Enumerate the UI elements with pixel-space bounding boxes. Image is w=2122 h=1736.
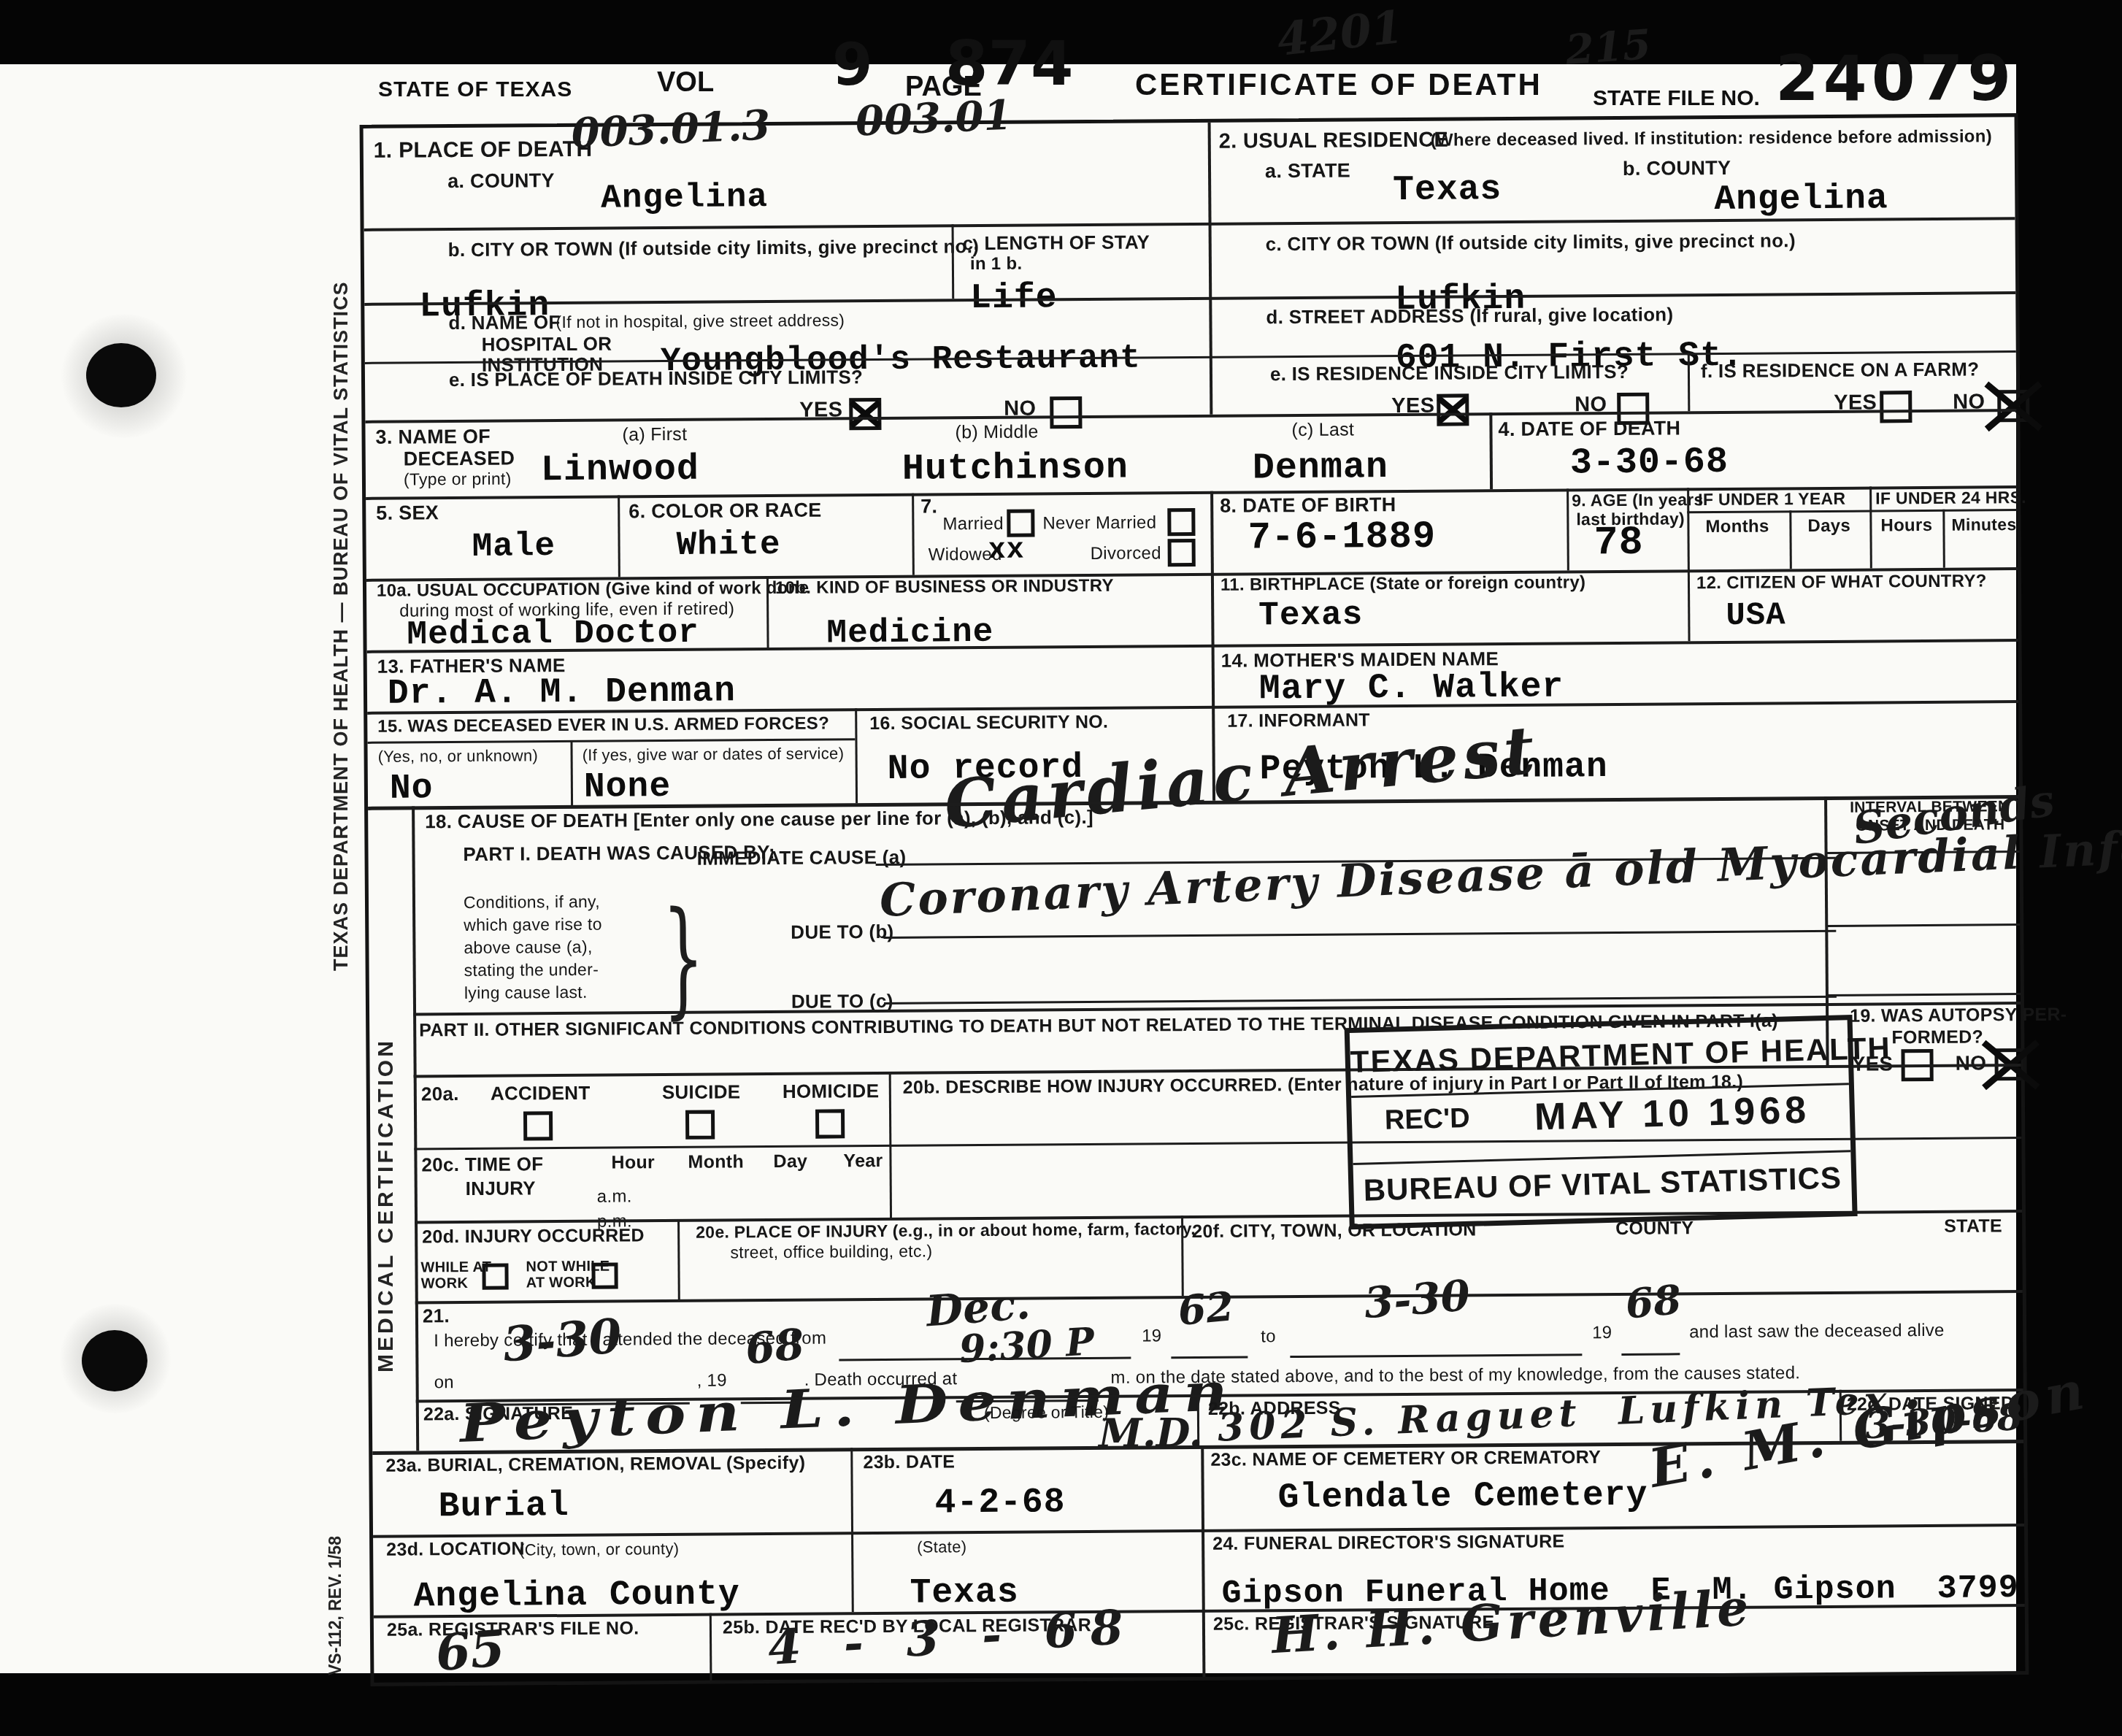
immediate-cause-label: IMMEDIATE CAUSE (a) [696,846,906,870]
grid-line [1840,1390,1842,1441]
grid-line [618,495,620,577]
last-seen-date-handwritten: 3-30 [501,1308,623,1372]
injury-state-label: STATE [1944,1215,2002,1237]
degree-or-title-label: (Degree or Title) [984,1402,1109,1423]
grid-line [1789,510,1792,569]
vol-number: 9 [832,31,873,99]
not-while-at-work-checkbox [591,1263,618,1289]
grid-line [1566,488,1569,570]
stamp-date: MAY 10 1968 [1534,1088,1811,1140]
suicide-label: SUICIDE [662,1080,741,1104]
registrar-file-no-handwritten: 65 [434,1619,507,1683]
death-city-limits-no-checkbox [1050,396,1082,429]
state-file-number: 24079 [1775,42,2015,115]
grid-line [855,708,858,803]
type-or-print-label: (Type or print) [404,469,512,490]
residence-county-label: b. COUNTY [1623,157,1731,180]
business-industry-label: 10b. KIND OF BUSINESS OR INDUSTRY [775,576,1114,599]
grid-line [677,1219,680,1299]
married-checkbox [1007,510,1034,537]
burial-location-county-value: Angelina County [413,1575,739,1616]
age-label: 9. AGE (In years [1572,490,1704,510]
grid-line [1208,123,1213,415]
residence-state-value: Texas [1393,170,1502,210]
if-under-24-hrs-label: IF UNDER 24 HRS. [1875,488,2026,508]
certificate-title: CERTIFICATE OF DEATH [1135,67,1542,102]
never-married-checkbox [1167,508,1195,536]
grid-line [1171,1356,1248,1359]
usual-residence-label: 2. USUAL RESIDENCE [1219,128,1448,154]
residence-city-limits-label: e. IS RESIDENCE INSIDE CITY LIMITS? [1270,361,1629,385]
margin-department-text: TEXAS DEPARTMENT OF HEALTH — BUREAU OF V… [330,329,353,971]
armed-forces-value: No [390,769,434,808]
occupation-label: 10a. USUAL OCCUPATION (Give kind of work… [377,578,809,602]
armed-forces-war-value: None [584,767,672,807]
death-time-handwritten: 9:30 P [958,1319,1095,1372]
grid-line [883,930,1836,939]
cemetery-value: Glendale Cemetery [1278,1476,1648,1518]
burial-location-sub2: (State) [917,1537,966,1556]
grid-line [1688,353,1691,411]
homicide-label: HOMICIDE [783,1080,880,1103]
time-of-injury-label: 20c. TIME OF [421,1153,543,1176]
grid-line [850,1448,853,1532]
divorced-checkbox [1168,539,1196,566]
death-city-limits-label: e. IS PLACE OF DEATH INSIDE CITY LIMITS? [449,366,863,391]
grid-line [367,738,855,744]
sex-label: 5. SEX [376,502,439,525]
sex-value: Male [472,527,556,566]
accident-checkbox [523,1111,553,1140]
grid-line [1869,487,1872,569]
residence-farm-label: f. IS RESIDENCE ON A FARM? [1701,358,1980,383]
hours-label: Hours [1880,515,1932,536]
state-of-texas-label: STATE OF TEXAS [378,77,572,102]
month-label: Month [688,1151,744,1173]
length-of-stay-sublabel: in 1 b. [970,254,1023,274]
middle-name-value: Hutchinson [902,448,1129,491]
days-label: Days [1807,516,1850,537]
never-married-label: Never Married [1042,512,1156,534]
funeral-director-label: 24. FUNERAL DIRECTOR'S SIGNATURE [1212,1531,1564,1554]
grid-line [1197,1394,1199,1445]
grid-line [741,1402,796,1405]
place-of-death-label: 1. PLACE OF DEATH [374,137,593,164]
usual-residence-paren: (Where deceased lived. If institution: r… [1431,126,1992,150]
from-year-handwritten: 62 [1176,1282,1236,1334]
hour-label: Hour [611,1152,655,1173]
last-name-value: Denman [1253,447,1388,489]
grid-line [1290,1353,1582,1358]
color-or-race-label: 6. COLOR OR RACE [628,499,822,523]
grid-line [1489,412,1493,489]
punch-hole-bottom [82,1330,147,1391]
grid-line [710,1613,712,1681]
grid-line [364,291,2015,306]
margin-form-number: VS-112, REV. 1/58 [326,1518,345,1675]
punch-hole-top [86,343,156,407]
death-certificate-scan: TEXAS DEPARTMENT OF HEALTH — BUREAU OF V… [0,0,2122,1736]
middle-name-label: (b) Middle [955,421,1038,443]
residence-farm-yes-checkbox [1880,391,1912,423]
grid-line [1828,993,2021,996]
last-seen-year-handwritten: 68 [743,1319,807,1374]
divorced-label: Divorced [1091,543,1161,564]
suicide-checkbox [685,1110,715,1140]
certify-to-label: to [1261,1326,1276,1347]
certify-on-label: on [434,1372,453,1393]
while-at-work-label-2: WORK [421,1275,469,1292]
conditions-line-2: which gave rise to [464,915,602,935]
conditions-brace: } [662,886,705,1032]
conditions-line-3: above cause (a), [464,937,592,958]
minutes-label: Minutes [1951,515,2016,535]
death-city-limits-yes-checkbox [849,398,881,430]
fathers-name-value: Dr. A. M. Denman [388,672,736,713]
date-of-death-label: 4. DATE OF DEATH [1498,417,1680,441]
grid-line [912,493,915,575]
stamp-department-line: TEXAS DEPARTMENT OF HEALTH [1350,1032,1848,1080]
burial-date-value: 4-2-68 [935,1483,1066,1523]
grid-line [373,1524,2024,1538]
institution-label: d. NAME OF [448,311,560,334]
widowed-mark: xx [988,534,1024,567]
citizen-value: USA [1726,597,1786,634]
homicide-checkbox [815,1109,845,1138]
attended-to-handwritten: 3-30 [1362,1270,1472,1328]
ssn-label: 16. SOCIAL SECURITY NO. [869,712,1108,734]
burial-location-label: 23d. LOCATION [386,1538,525,1560]
stamp-recd-label: REC'D [1384,1103,1470,1137]
certify-text-tail-1: and last saw the deceased alive [1689,1321,1945,1343]
burial-label: 23a. BURIAL, CREMATION, REMOVAL (Specify… [385,1453,805,1477]
marital-status-label: 7. [920,495,937,518]
residence-city-label: c. CITY OR TOWN (If outside city limits,… [1266,229,1796,256]
date-of-birth-value: 7-6-1889 [1248,515,1436,560]
registrar-file-no-label: 25a. REGISTRAR'S FILE NO. [387,1618,639,1640]
grid-line [412,806,419,1451]
conditions-line-1: Conditions, if any, [464,892,600,913]
burial-location-sub1: (City, town, or county) [519,1540,679,1560]
birthplace-label: 11. BIRTHPLACE (State or foreign country… [1220,572,1586,595]
length-of-stay-label: c. LENGTH OF STAY [963,231,1150,255]
citizen-label: 12. CITIZEN OF WHAT COUNTRY? [1696,571,1987,594]
date-of-death-value: 3-30-68 [1570,442,1729,485]
conditions-line-5: lying cause last. [464,983,588,1003]
first-name-label: (a) First [622,424,687,446]
death-county-value: Angelina [601,178,768,218]
cemetery-label: 23c. NAME OF CEMETERY OR CREMATORY [1210,1447,1601,1471]
conditions-line-4: stating the under- [464,960,599,980]
accident-section-number: 20a. [421,1083,459,1105]
name-of-deceased-label: 3. NAME OF [375,426,491,449]
place-of-injury-label: 20e. PLACE OF INJURY (e.g., in or about … [696,1219,1196,1243]
first-name-value: Linwood [541,449,699,492]
handwritten-code-2: 215 [1564,20,1653,74]
months-label: Months [1705,516,1769,537]
grid-line [570,740,573,805]
death-city-label: b. CITY OR TOWN (If outside city limits,… [448,235,980,261]
residence-city-limits-yes-checkbox [1437,393,1469,426]
burial-date-label: 23b. DATE [863,1451,955,1473]
armed-forces-sub2: (If yes, give war or dates of service) [583,744,845,765]
grid-line [1687,509,2017,513]
am-label: a.m. [597,1186,632,1207]
age-value: 78 [1594,520,1643,566]
year-prefix-2: 19 [1592,1323,1612,1343]
while-at-work-label: WHILE AT [420,1259,491,1277]
day-label: Day [773,1151,807,1172]
certify-section-number: 21. [423,1305,450,1327]
grid-line [1201,1445,1205,1677]
state-file-no-label: STATE FILE NO. [1593,86,1760,111]
received-stamp: TEXAS DEPARTMENT OF HEALTH REC'D MAY 10 … [1345,1015,1858,1229]
street-address-label: d. STREET ADDRESS (If rural, give locati… [1266,303,1673,329]
armed-forces-label: 15. WAS DECEASED EVER IN U.S. ARMED FORC… [377,713,829,737]
vol-label: VOL [657,67,714,99]
married-label: Married [942,514,1004,535]
accident-label: ACCIDENT [491,1082,591,1105]
stamp-bureau-line: BUREAU OF VITAL STATISTICS [1353,1160,1852,1208]
if-under-1-year-label: IF UNDER 1 YEAR [1698,489,1845,510]
institution-paren: (If not in hospital, give street address… [556,310,845,332]
residence-state-label: a. STATE [1265,159,1350,183]
due-to-b-label: DUE TO (b) [791,921,893,944]
page-number: 874 [945,28,1073,99]
grid-line [1827,923,2020,927]
time-of-injury-label-2: INJURY [466,1177,536,1200]
autopsy-label-1: 19. WAS AUTOPSY PER- [1850,1005,2067,1027]
color-or-race-value: White [676,526,780,564]
last-name-label: (c) Last [1291,419,1354,441]
grid-line [365,409,2016,423]
armed-forces-sub1: (Yes, no, or unknown) [378,746,539,767]
grid-line [884,996,1837,1005]
injury-occurred-label: 20d. INJURY OCCURRED [422,1225,645,1248]
residence-farm-no-checkbox [1997,390,2029,422]
place-of-injury-label-2: street, office building, etc.) [730,1242,932,1263]
deceased-label: DECEASED [404,447,515,470]
autopsy-label-2: FORMED? [1891,1026,1983,1048]
mothers-maiden-name-value: Mary C. Walker [1259,667,1564,709]
grid-line [1942,510,1945,568]
burial-value: Burial [439,1486,569,1526]
year-prefix-1: 19 [1142,1326,1161,1346]
certificate-form: 1. PLACE OF DEATH 003.01.3 003.01 a. COU… [360,113,2029,1686]
to-year-handwritten: 68 [1623,1275,1683,1328]
grid-line [413,1002,2021,1015]
grid-line [851,1532,854,1612]
residence-county-value: Angelina [1714,179,1888,220]
not-while-at-work-label-2: AT WORK [526,1275,596,1292]
scan-edge-bottom [0,1673,2122,1736]
while-at-work-checkbox [482,1264,508,1290]
grid-line [1621,1353,1680,1356]
date-of-birth-label: 8. DATE OF BIRTH [1220,493,1396,518]
death-county-label: a. COUNTY [447,169,555,193]
year-label: Year [843,1151,883,1172]
birthplace-value: Texas [1258,596,1363,634]
